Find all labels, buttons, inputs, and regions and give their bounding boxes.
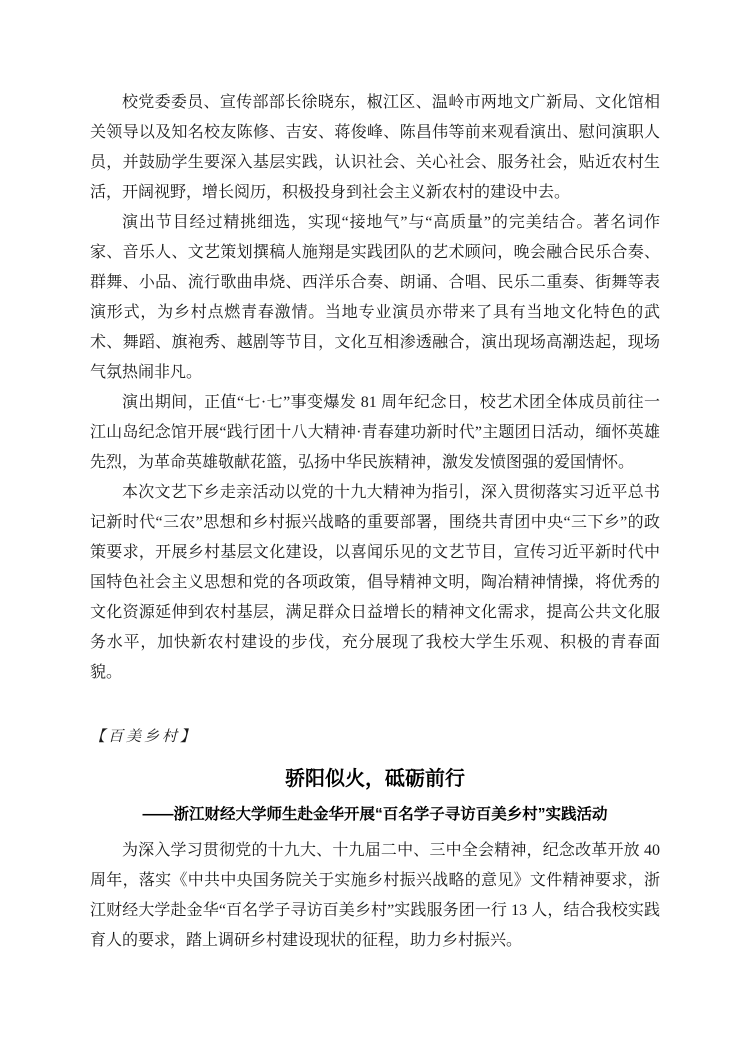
article-title: 骄阳似火，砥砺前行	[90, 762, 660, 796]
section-tag-baimei-village: 【百美乡村】	[90, 724, 660, 750]
body-paragraph-3: 演出期间，正值“七·七”事变爆发 81 周年纪念日，校艺术团全体成员前往一江山岛…	[90, 388, 660, 478]
document-page: 校党委委员、宣传部部长徐晓东，椒江区、温岭市两地文广新局、文化馆相关领导以及知名…	[0, 0, 750, 1060]
article-subtitle: ——浙江财经大学师生赴金华开展“百名学子寻访百美乡村”实践活动	[90, 798, 660, 832]
body-paragraph-2: 演出节目经过精挑细选，实现“接地气”与“高质量”的完美结合。著名词作家、音乐人、…	[90, 208, 660, 388]
body-paragraph-5: 为深入学习贯彻党的十九大、十九届二中、三中全会精神，纪念改革开放 40 周年，落…	[90, 836, 660, 956]
body-paragraph-1: 校党委委员、宣传部部长徐晓东，椒江区、温岭市两地文广新局、文化馆相关领导以及知名…	[90, 88, 660, 208]
body-paragraph-4: 本次文艺下乡走亲活动以党的十九大精神为指引，深入贯彻落实习近平总书记新时代“三农…	[90, 478, 660, 688]
